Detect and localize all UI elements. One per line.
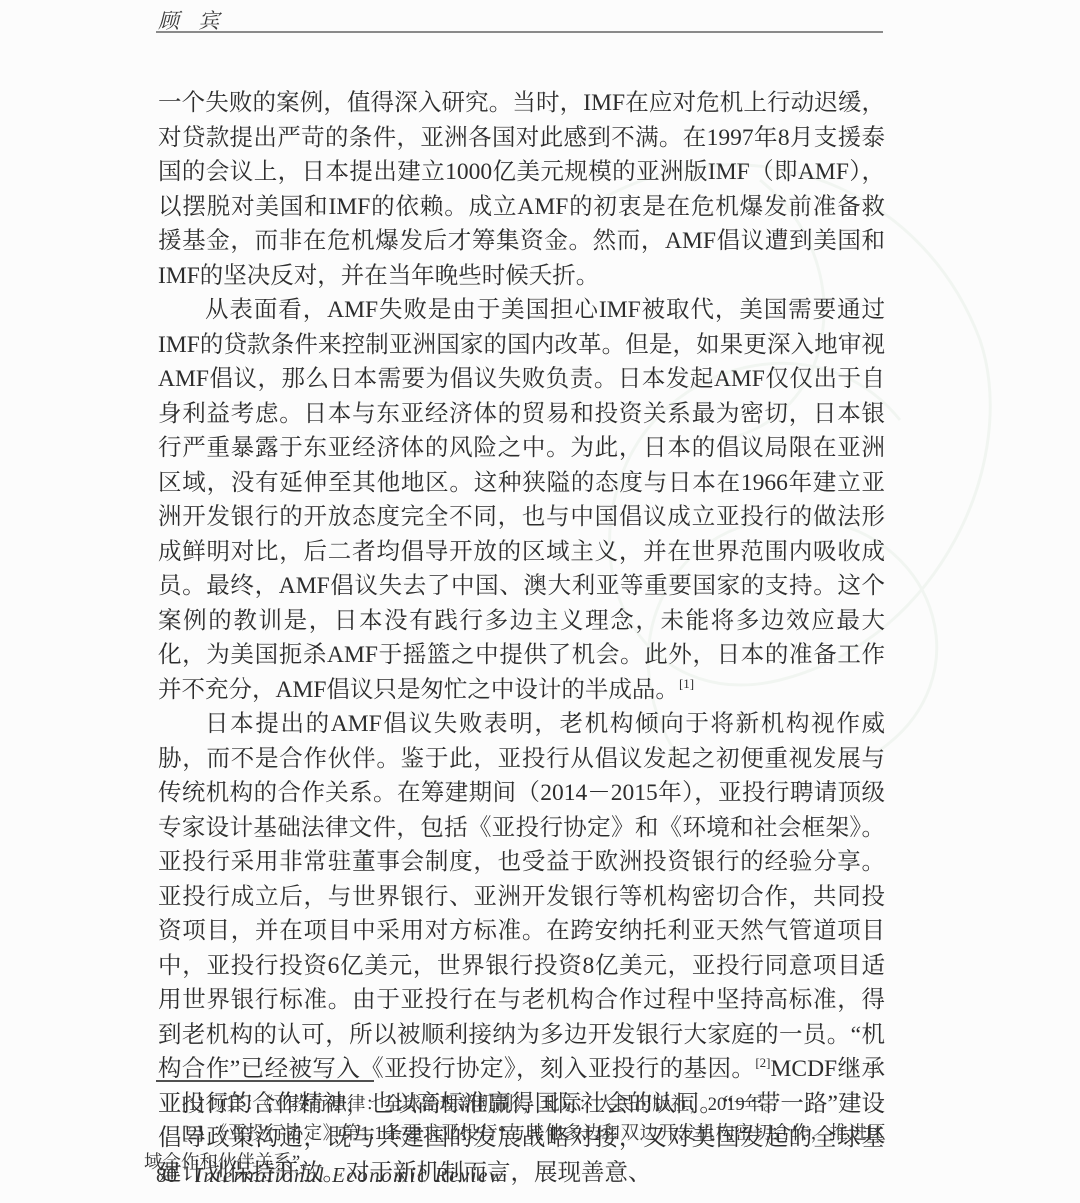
journal-title: International Economic Review bbox=[195, 1163, 504, 1187]
page: 顾 宾 一个失败的案例，值得深入研究。当时，IMF在应对危机上行动迟缓，对贷款提… bbox=[0, 0, 1080, 1203]
running-header-author: 顾 宾 bbox=[158, 9, 220, 33]
page-number: 80 bbox=[156, 1163, 177, 1187]
footnote-item: [1] 顾宾：《亚投行法律：全球治理新机制》，北京：人民出版社，2019年。 bbox=[144, 1091, 886, 1120]
page-footer: 80International Economic Review bbox=[156, 1163, 504, 1188]
footnote-ref: [1] bbox=[679, 676, 694, 691]
paragraph: 一个失败的案例，值得深入研究。当时，IMF在应对危机上行动迟缓，对贷款提出严苛的… bbox=[158, 86, 885, 293]
paragraph: 从表面看，AMF失败是由于美国担心IMF被取代，美国需要通过IMF的贷款条件来控… bbox=[158, 293, 885, 707]
footnote-rule bbox=[156, 1080, 374, 1082]
header-rule bbox=[156, 31, 883, 33]
article-body: 一个失败的案例，值得深入研究。当时，IMF在应对危机上行动迟缓，对贷款提出严苛的… bbox=[158, 86, 885, 1190]
footnote-ref: [2] bbox=[755, 1055, 770, 1070]
